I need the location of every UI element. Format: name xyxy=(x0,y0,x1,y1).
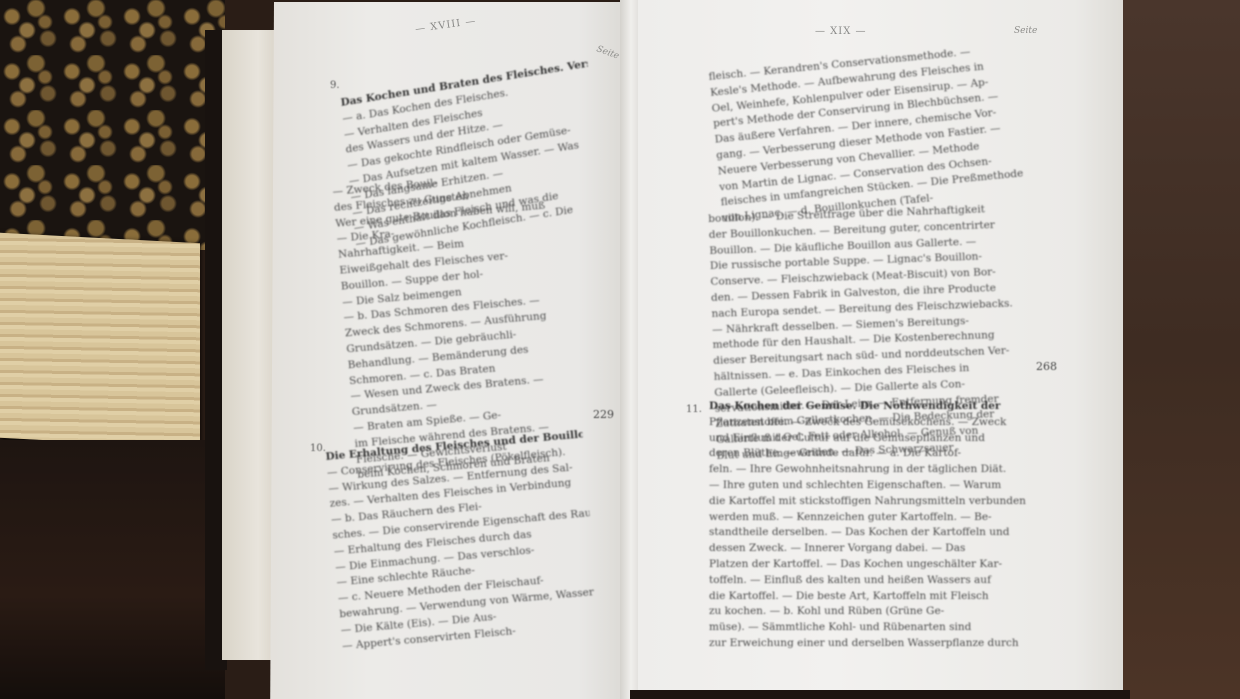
wooden-page-block xyxy=(0,233,200,448)
wooden-table-surface xyxy=(1120,0,1240,699)
toc-line: dessen Zweck. — Innerer Vorgang dabei. —… xyxy=(709,541,1027,557)
toc-line: zur Erweichung einer und derselben Wasse… xyxy=(709,636,1027,652)
toc-line: müse). — Sämmtliche Kohl- und Rübenarten… xyxy=(709,620,1027,636)
toc-line: die Kartoffel. — Die beste Art, Kartoffe… xyxy=(709,589,1027,605)
toc-line: werden muß. — Kennzeichen guter Kartoffe… xyxy=(709,510,1027,526)
toc-line: — Ihre guten und schlechten Eigenschafte… xyxy=(709,478,1027,494)
bottom-shadow xyxy=(630,690,1130,699)
toc-line: Platzen der Kartoffel. — Das Kochen unge… xyxy=(709,557,1027,573)
toc-line: die Kartoffel mit stickstoffigen Nahrung… xyxy=(709,494,1027,510)
toc-line: Das Kochen der Gemüse. Die Nothwendigkei… xyxy=(709,399,1027,415)
dark-table-background xyxy=(0,440,225,699)
toc-section-10: Die Erhaltung des Fleisches und der Boui… xyxy=(325,428,600,655)
toc-section-11: Das Kochen der Gemüse. Die Nothwendigkei… xyxy=(709,399,1027,652)
right-seite-label: Seite xyxy=(1014,26,1037,36)
page-reference: 268 xyxy=(1036,360,1057,373)
toc-line: Pflanzenstoffe. — Zweck des Gemüsekochen… xyxy=(709,415,1027,431)
toc-line: und Einfluß der Cultur auf die Gemüsepfl… xyxy=(709,431,1027,447)
toc-line: deren Blüthe. — Gründe dafür. — a. Die K… xyxy=(709,446,1027,462)
page-reference: 229 xyxy=(593,408,614,421)
section-number: 9. xyxy=(330,80,340,91)
toc-line: feln. — Ihre Gewohnheitsnahrung in der t… xyxy=(709,462,1027,478)
toc-section-10-cont: fleisch. — Kerandren's Conservationsmeth… xyxy=(708,41,1028,228)
toc-line: toffeln. — Einfluß des kalten und heißen… xyxy=(709,573,1027,589)
section-number: 10. xyxy=(310,443,326,454)
right-running-head: — XIX — xyxy=(815,26,867,37)
section-number: 11. xyxy=(686,404,702,415)
toc-line: standtheile derselben. — Das Kochen der … xyxy=(709,525,1027,541)
marbled-book-cover xyxy=(0,0,225,250)
toc-line: zu kochen. — b. Kohl und Rüben (Grüne Ge… xyxy=(709,604,1027,620)
